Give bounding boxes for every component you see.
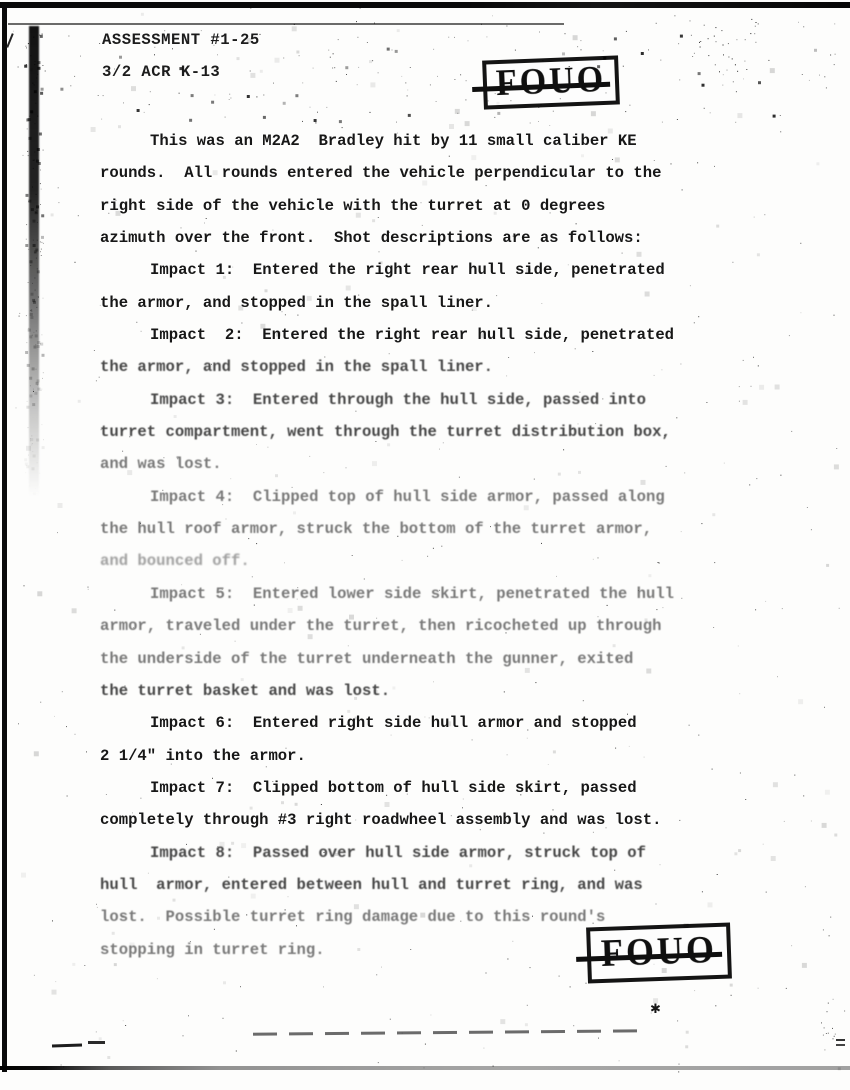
text-line: 2 1/4" into the armor. xyxy=(100,740,674,772)
text-line: Impact 4: Clipped top of hull side armor… xyxy=(100,481,674,513)
scan-left-edge-line xyxy=(2,4,7,1072)
text-line: and was lost. xyxy=(100,448,674,480)
text-line: armor, traveled under the turret, then r… xyxy=(100,610,674,642)
document-body: This was an M2A2 Bradley hit by 11 small… xyxy=(100,125,674,966)
text-line: right side of the vehicle with the turre… xyxy=(100,190,674,222)
text-line: Impact 2: Entered the right rear hull si… xyxy=(100,319,674,351)
text-line: This was an M2A2 Bradley hit by 11 small… xyxy=(100,125,674,157)
fouo-stamp-top: FOUO xyxy=(482,55,620,110)
text-line: azimuth over the front. Shot description… xyxy=(100,222,674,254)
text-line: the armor, and stopped in the spall line… xyxy=(100,351,674,383)
scan-top-edge-line xyxy=(0,2,850,8)
text-line: Impact 7: Clipped bottom of hull side sk… xyxy=(100,772,674,804)
binding-ink-streak xyxy=(29,26,39,496)
text-line: rounds. All rounds entered the vehicle p… xyxy=(100,157,674,189)
text-line: Impact 8: Passed over hull side armor, s… xyxy=(100,837,674,869)
scan-noise-clusters xyxy=(0,0,1,1)
unit-designation-heading: 3/2 ACR K-13 xyxy=(102,63,220,81)
scanned-document-page: ASSESSMENT #1-25 3/2 ACR K-13 FOUO This … xyxy=(0,0,850,1090)
assessment-number-heading: ASSESSMENT #1-25 xyxy=(102,31,260,49)
text-line: hull armor, entered between hull and tur… xyxy=(100,869,674,901)
stray-dash-mark xyxy=(52,1043,82,1047)
text-line: turret compartment, went through the tur… xyxy=(100,416,674,448)
text-line: the hull roof armor, struck the bottom o… xyxy=(100,513,674,545)
ink-blot: ✱ xyxy=(650,1002,661,1017)
text-line: the turret basket and was lost. xyxy=(100,675,674,707)
fouo-stamp-bottom: FOUO xyxy=(586,923,732,984)
stray-equals-mark xyxy=(836,1039,845,1041)
stray-dash-mark xyxy=(88,1041,105,1044)
text-line: completely through #3 right roadwheel as… xyxy=(100,804,674,836)
text-line: the underside of the turret underneath t… xyxy=(100,643,674,675)
scan-bottom-edge-line xyxy=(0,1066,850,1070)
text-line: and bounced off. xyxy=(100,545,674,577)
faded-underline-artifact xyxy=(253,1029,645,1035)
text-line: Impact 3: Entered through the hull side,… xyxy=(100,384,674,416)
scan-secondary-top-line xyxy=(8,23,564,25)
text-line: Impact 6: Entered right side hull armor … xyxy=(100,707,674,739)
text-line: Impact 5: Entered lower side skirt, pene… xyxy=(100,578,674,610)
text-line: Impact 1: Entered the right rear hull si… xyxy=(100,254,674,286)
text-line: the armor, and stopped in the spall line… xyxy=(100,287,674,319)
stray-pen-mark xyxy=(6,33,13,48)
